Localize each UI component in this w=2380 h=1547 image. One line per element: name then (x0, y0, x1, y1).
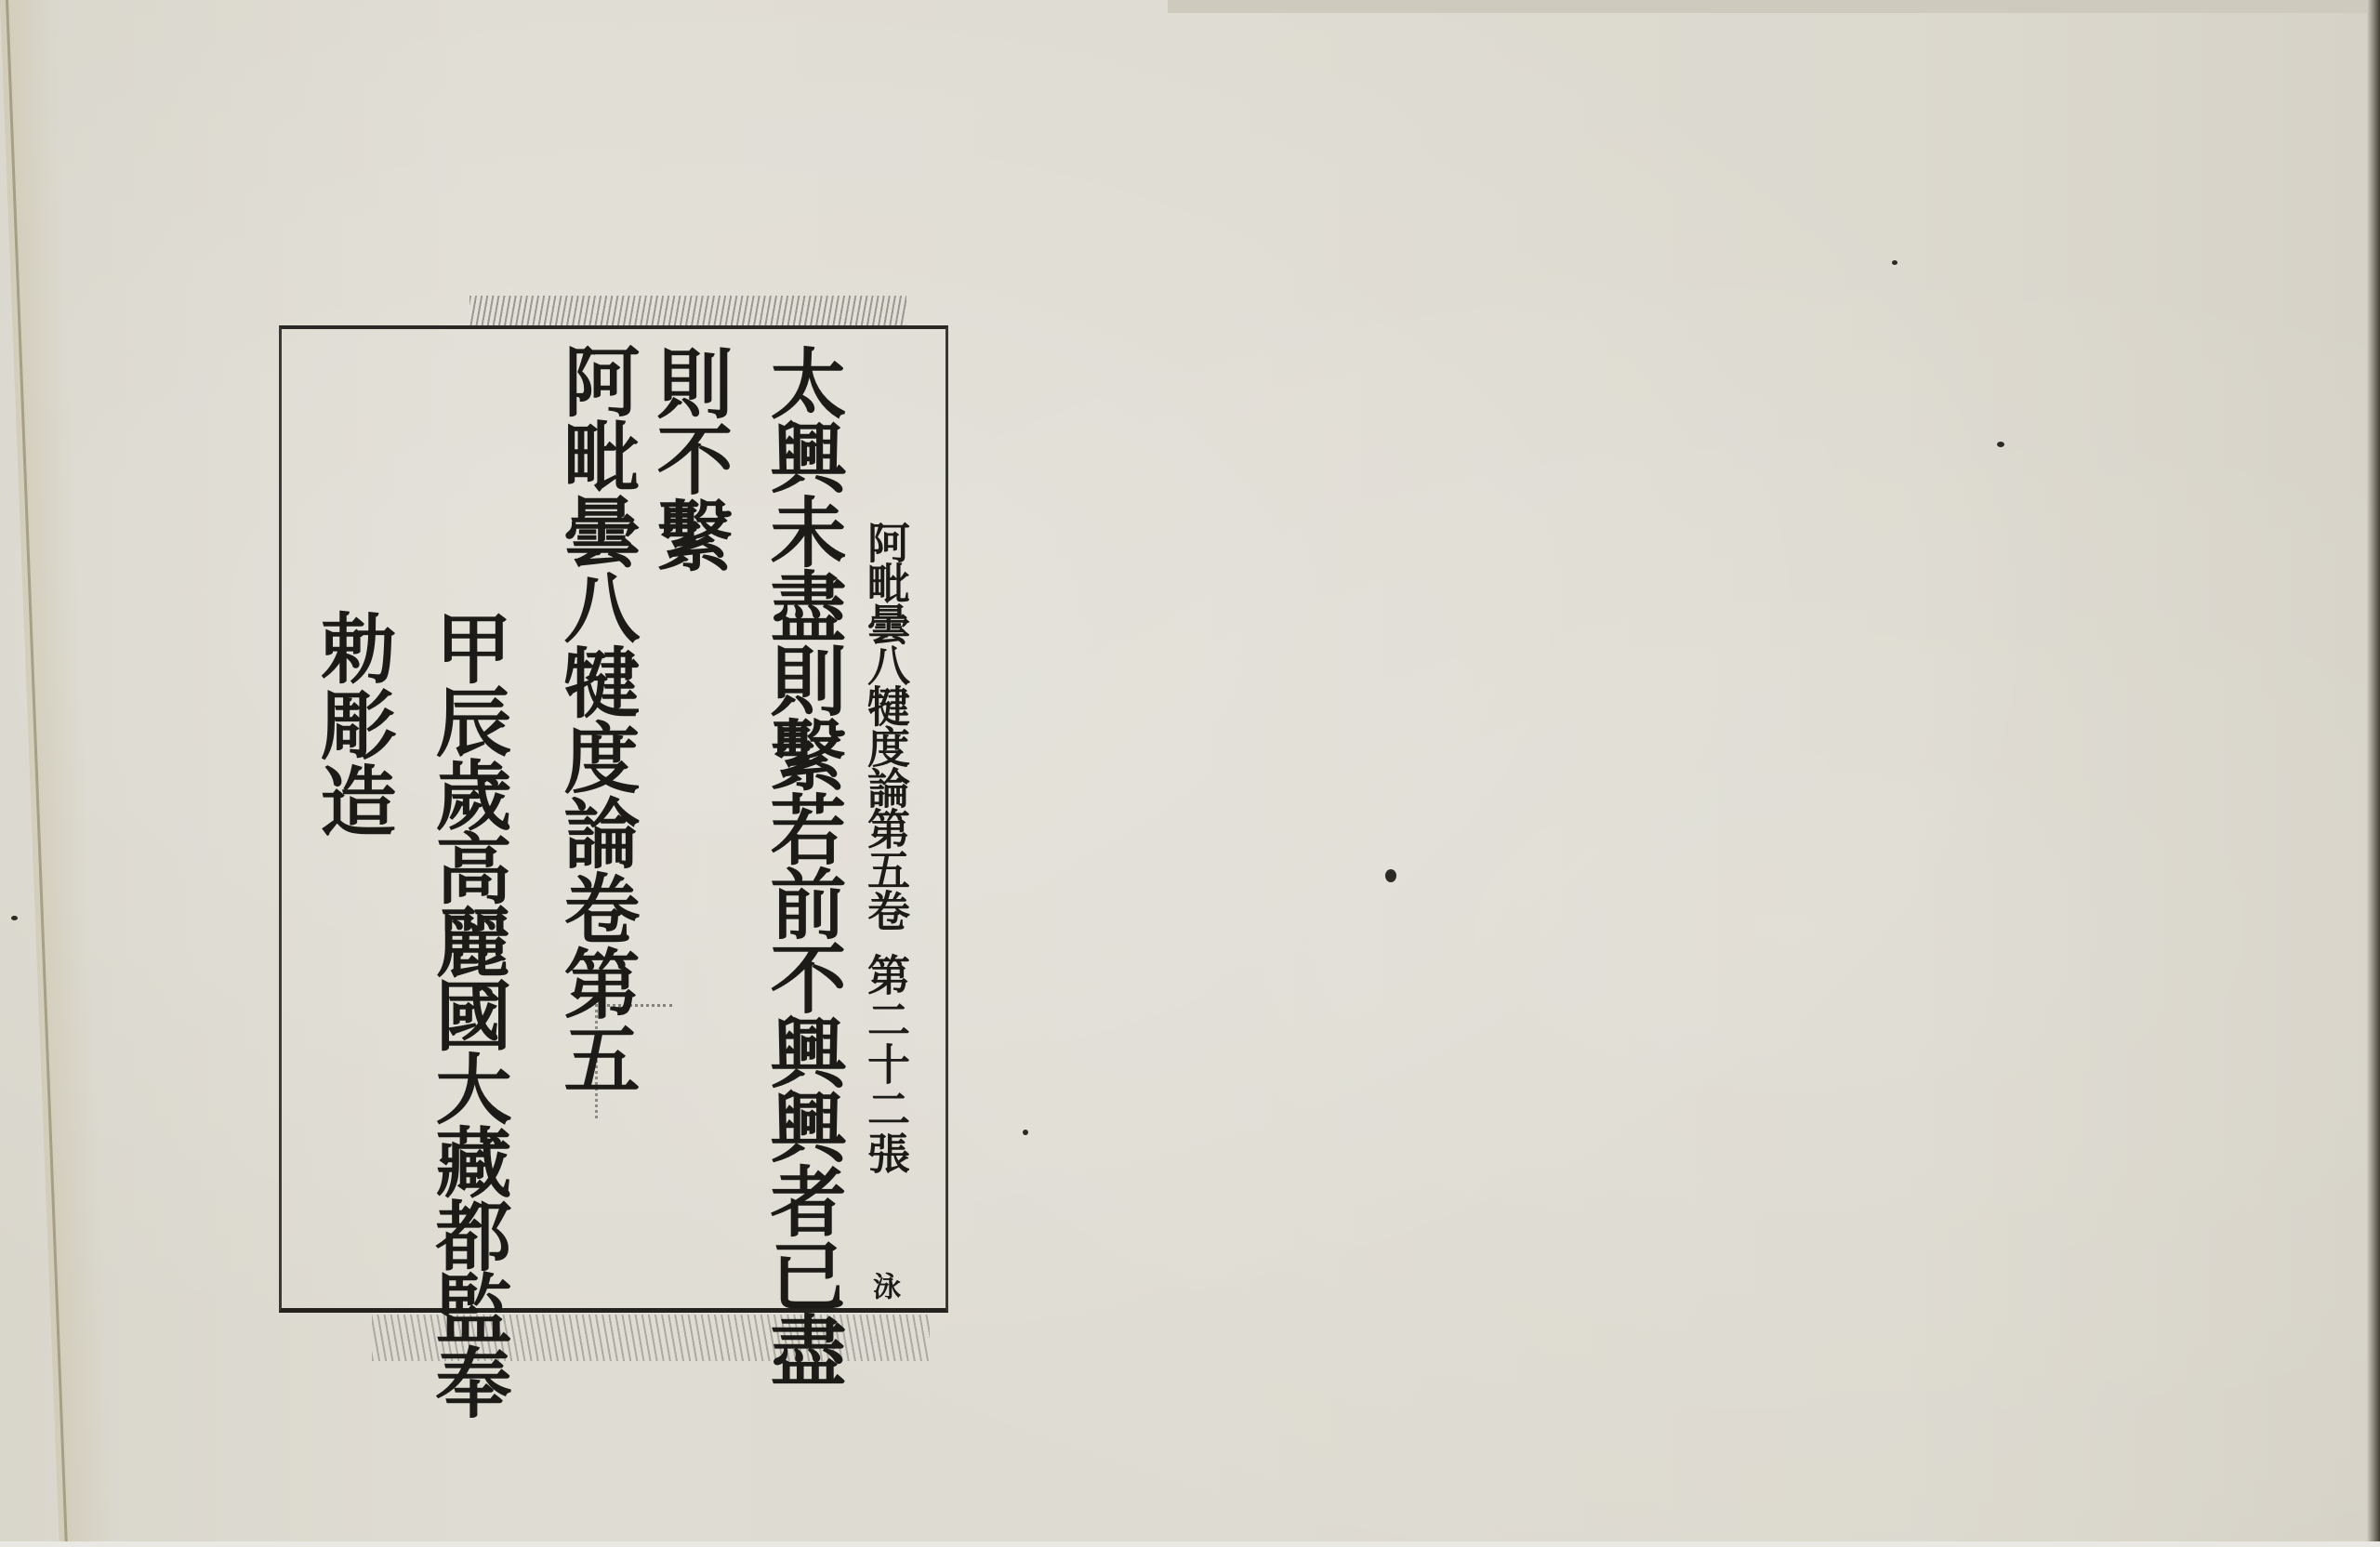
ink-speck (1997, 442, 2004, 447)
ink-smudge-top (469, 296, 906, 327)
margin-sheet-number: 第二十二張 (865, 953, 907, 1176)
ink-speck (11, 916, 18, 920)
ink-speck (1892, 260, 1897, 265)
ink-speck (1023, 1130, 1028, 1135)
ink-speck (1385, 869, 1396, 882)
margin-title: 阿毗曇八犍度論第五卷 (865, 521, 907, 930)
carver-mark: 泳 (869, 1272, 897, 1300)
text-column-1: 太興未盡則繫若前不興興者已盡 (764, 344, 840, 1385)
colophon-column-1: 甲辰歲高麗國大藏都監奉 (430, 609, 506, 1417)
paper-page: 太興未盡則繫若前不興興者已盡 則不繫 阿毗曇八犍度論卷第五 甲辰歲高麗國大藏都監… (0, 0, 2380, 1547)
colophon-column-2: 勅彫造 (314, 609, 390, 838)
text-column-2: 則不繫 (651, 344, 727, 573)
top-seam (1168, 0, 2380, 13)
bottom-page-edge (0, 1541, 2380, 1547)
title-column: 阿毗曇八犍度論卷第五 (558, 342, 634, 1095)
right-page-edge (2367, 0, 2380, 1547)
